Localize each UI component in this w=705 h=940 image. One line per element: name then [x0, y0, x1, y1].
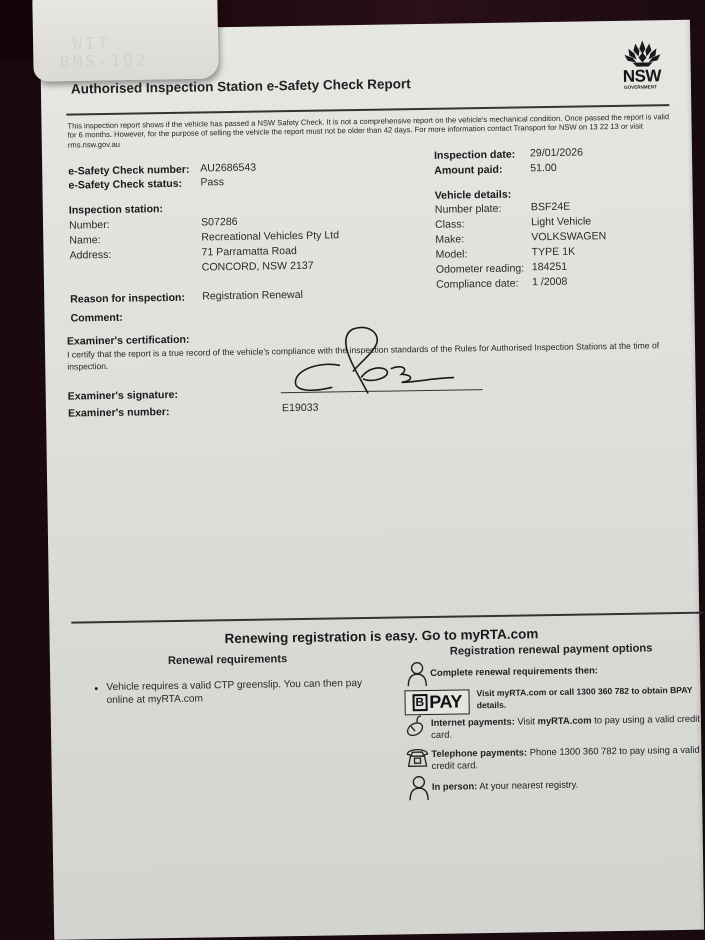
- logo-government-text: GOVERNMENT: [624, 84, 657, 90]
- amount-paid-label: Amount paid:: [434, 164, 502, 177]
- payment-option-internet: Internet payments: Visit myRTA.com to pa…: [431, 713, 705, 741]
- intro-paragraph: This inspection report shows if the vehi…: [67, 112, 672, 150]
- check-status-label: e-Safety Check status:: [68, 178, 182, 192]
- certification-heading: Examiner's certification:: [67, 334, 190, 348]
- check-number-label: e-Safety Check number:: [68, 164, 189, 178]
- nsw-government-logo: NSW GOVERNMENT: [618, 38, 667, 95]
- station-number-label: Number:: [69, 219, 110, 232]
- plate-label: Number plate:: [435, 203, 502, 216]
- class-label: Class:: [435, 218, 465, 230]
- comment-label: Comment:: [70, 312, 123, 325]
- renewal-requirements-heading: Renewal requirements: [168, 653, 288, 667]
- check-number-value: AU2686543: [200, 162, 256, 175]
- inspection-date-label: Inspection date:: [434, 149, 515, 162]
- requirement-item: Vehicle requires a valid CTP greenslip. …: [106, 678, 381, 707]
- reason-value: Registration Renewal: [202, 289, 303, 303]
- examiner-signature: [283, 323, 484, 398]
- folded-paper-corner: WIT BMS-192: [32, 0, 218, 82]
- bpay-logo: B PAY: [404, 689, 469, 715]
- check-status-value: Pass: [200, 176, 224, 188]
- station-name-value: Recreational Vehicles Pty Ltd: [201, 229, 339, 243]
- compliance-label: Compliance date:: [436, 278, 519, 291]
- faded-ghost-text: WIT BMS-192: [47, 34, 149, 72]
- examiner-number-value: E19033: [282, 402, 319, 415]
- payment-option-telephone: Telephone payments: Phone 1300 360 782 t…: [431, 743, 705, 772]
- person-icon: [408, 775, 430, 801]
- station-heading: Inspection station:: [69, 203, 163, 216]
- station-address-label: Address:: [69, 249, 111, 262]
- telephone-icon: [405, 746, 429, 768]
- plate-value: BSF24E: [531, 201, 571, 214]
- waratah-icon: [618, 38, 666, 69]
- class-value: Light Vehicle: [531, 215, 591, 228]
- bpay-word: PAY: [429, 691, 462, 713]
- section-divider: [71, 612, 703, 624]
- person-icon: [406, 661, 428, 687]
- make-value: VOLKSWAGEN: [531, 230, 606, 243]
- amount-paid-value: 51.00: [530, 162, 557, 174]
- examiner-number-label: Examiner's number:: [68, 406, 170, 420]
- payment-option-bpay: Visit myRTA.com or call 1300 360 782 to …: [476, 685, 701, 712]
- vehicle-heading: Vehicle details:: [435, 189, 512, 202]
- station-address-line2: CONCORD, NSW 2137: [202, 260, 314, 274]
- mouse-icon: [405, 714, 429, 738]
- bullet-icon: •: [94, 683, 98, 695]
- inspection-date-value: 29/01/2026: [530, 146, 583, 159]
- station-name-label: Name:: [69, 234, 100, 246]
- payment-option-complete-requirements: Complete renewal requirements then:: [430, 664, 598, 679]
- odometer-label: Odometer reading:: [436, 262, 525, 275]
- inspection-report-page: Authorised Inspection Station e-Safety C…: [40, 20, 704, 940]
- payment-options-heading: Registration renewal payment options: [450, 642, 653, 657]
- signature-label: Examiner's signature:: [68, 389, 178, 403]
- station-address-line1: 71 Parramatta Road: [201, 245, 297, 258]
- model-label: Model:: [435, 248, 467, 260]
- renewal-headline: Renewing registration is easy. Go to myR…: [224, 626, 538, 646]
- reason-label: Reason for inspection:: [70, 292, 185, 306]
- bpay-b-glyph: B: [412, 694, 427, 711]
- payment-option-in-person: In person: At your nearest registry.: [432, 779, 578, 793]
- compliance-value: 1 /2008: [532, 276, 568, 289]
- odometer-value: 184251: [532, 261, 568, 274]
- station-number-value: S07286: [201, 216, 238, 229]
- model-value: TYPE 1K: [531, 246, 575, 259]
- make-label: Make:: [435, 233, 464, 245]
